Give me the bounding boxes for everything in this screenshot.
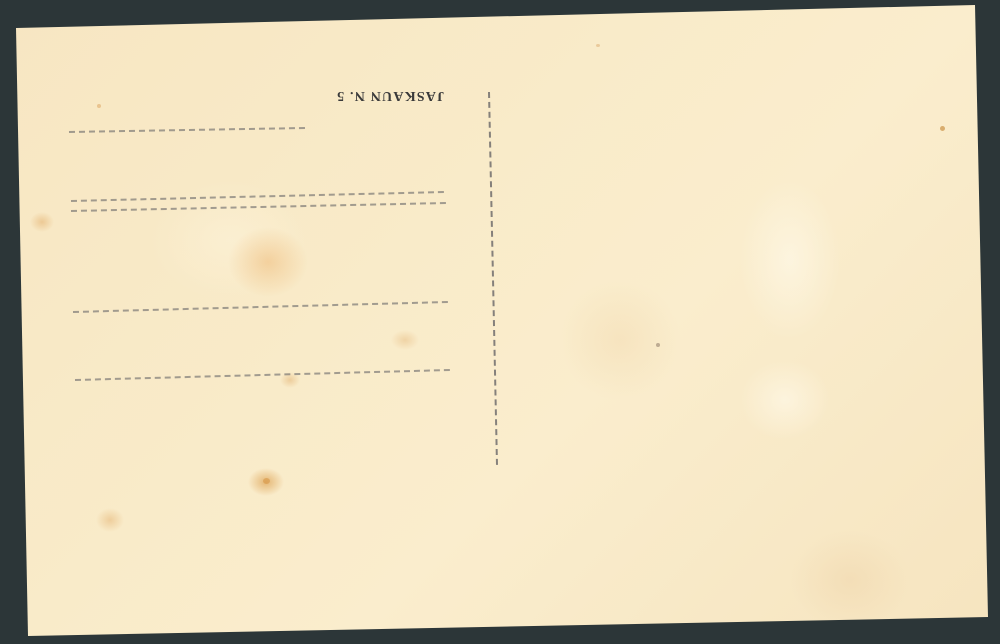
foxing-spot [97, 104, 101, 108]
foxing-spot [656, 343, 660, 347]
postcard-back [0, 0, 1000, 644]
foxing-spot [263, 478, 270, 484]
foxing-spot [940, 126, 945, 131]
publisher-imprint: JASKAUN N. 5 [328, 87, 452, 103]
foxing-spot [596, 44, 600, 47]
